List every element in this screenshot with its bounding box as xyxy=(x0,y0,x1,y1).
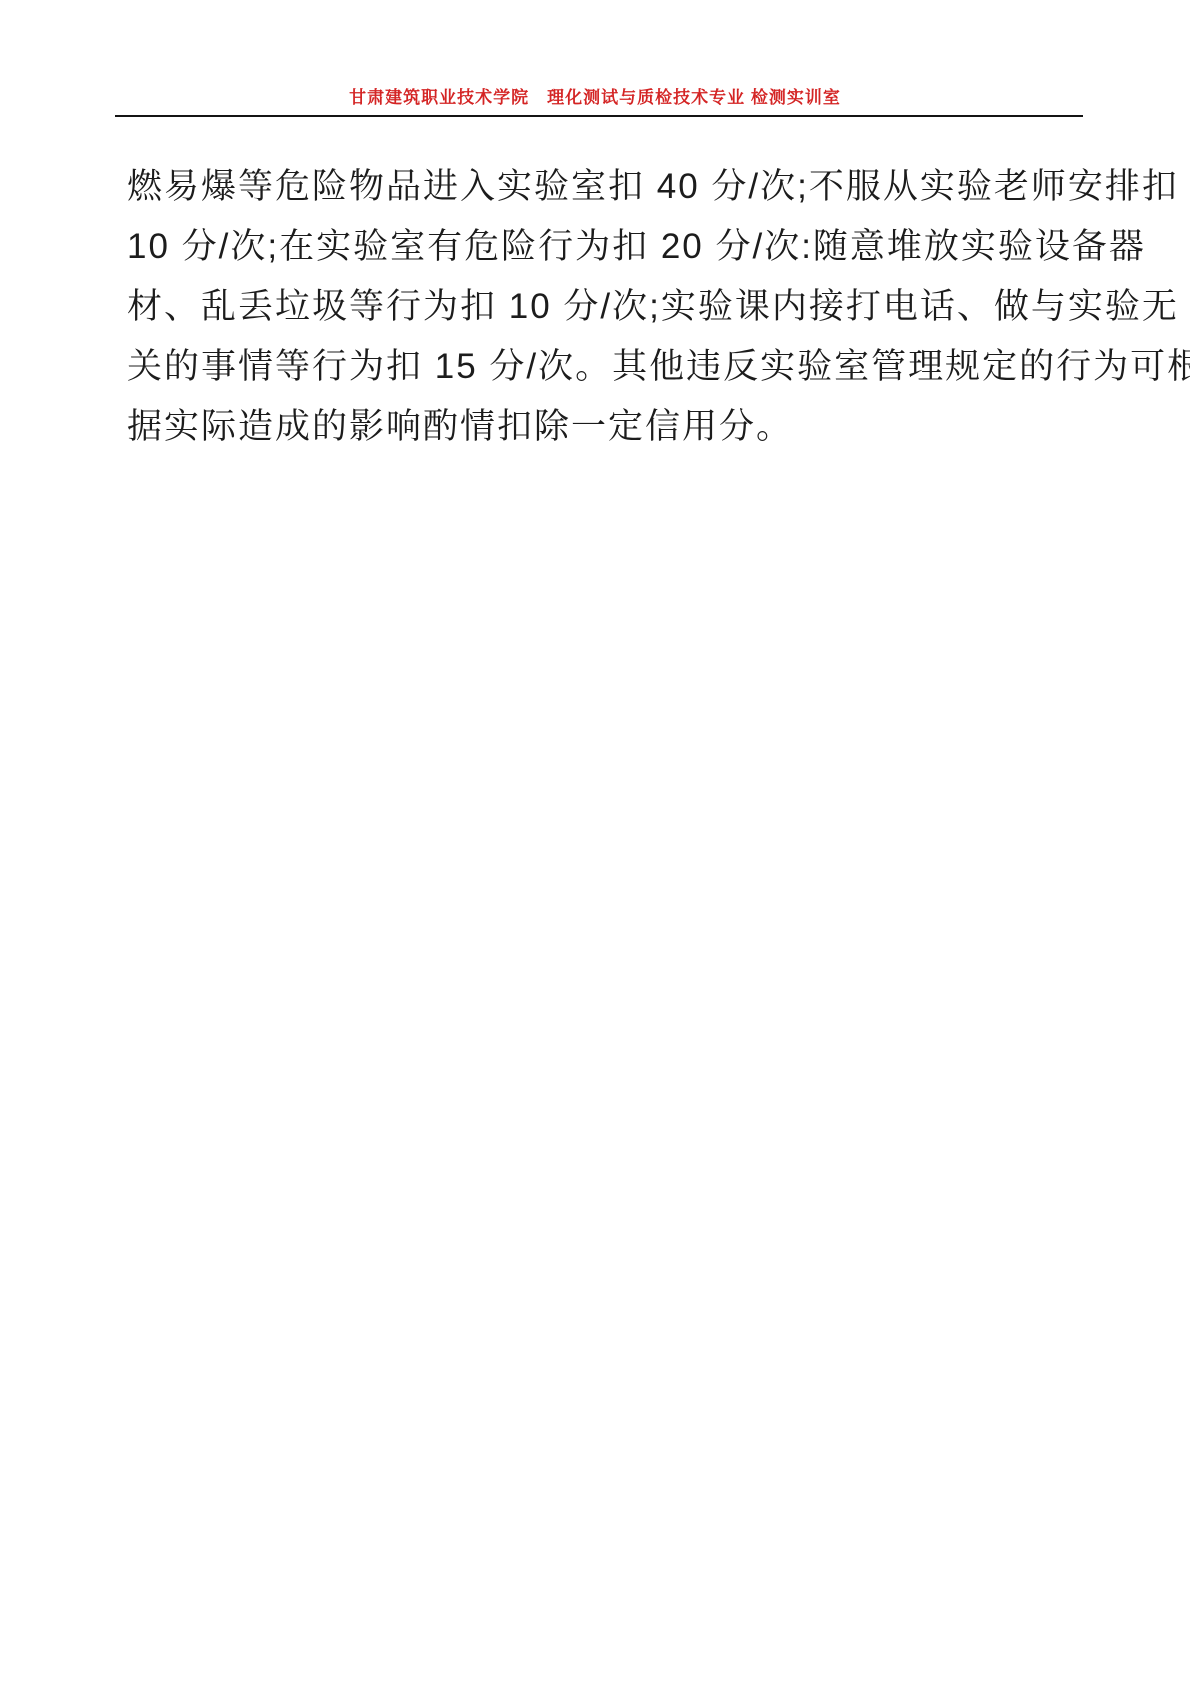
paragraph-line: 关的事情等行为扣 15 分/次。其他违反实验室管理规定的行为可根 xyxy=(127,337,1107,397)
document-page: 甘肃建筑职业技术学院 理化测试与质检技术专业 检测实训室 燃易爆等危险物品进入实… xyxy=(0,0,1190,1683)
paragraph-line: 10 分/次;在实验室有危险行为扣 20 分/次:随意堆放实验设备器 xyxy=(127,217,1107,277)
paragraph-line: 据实际造成的影响酌情扣除一定信用分。 xyxy=(127,397,1107,457)
paragraph-line: 材、乱丢垃圾等行为扣 10 分/次;实验课内接打电话、做与实验无 xyxy=(127,277,1107,337)
body-paragraph: 燃易爆等危险物品进入实验室扣 40 分/次;不服从实验老师安排扣 10 分/次;… xyxy=(127,157,1107,457)
page-header-title: 甘肃建筑职业技术学院 理化测试与质检技术专业 检测实训室 xyxy=(0,83,1190,108)
paragraph-line: 燃易爆等危险物品进入实验室扣 40 分/次;不服从实验老师安排扣 xyxy=(127,157,1107,217)
header-divider-rule xyxy=(115,115,1083,117)
